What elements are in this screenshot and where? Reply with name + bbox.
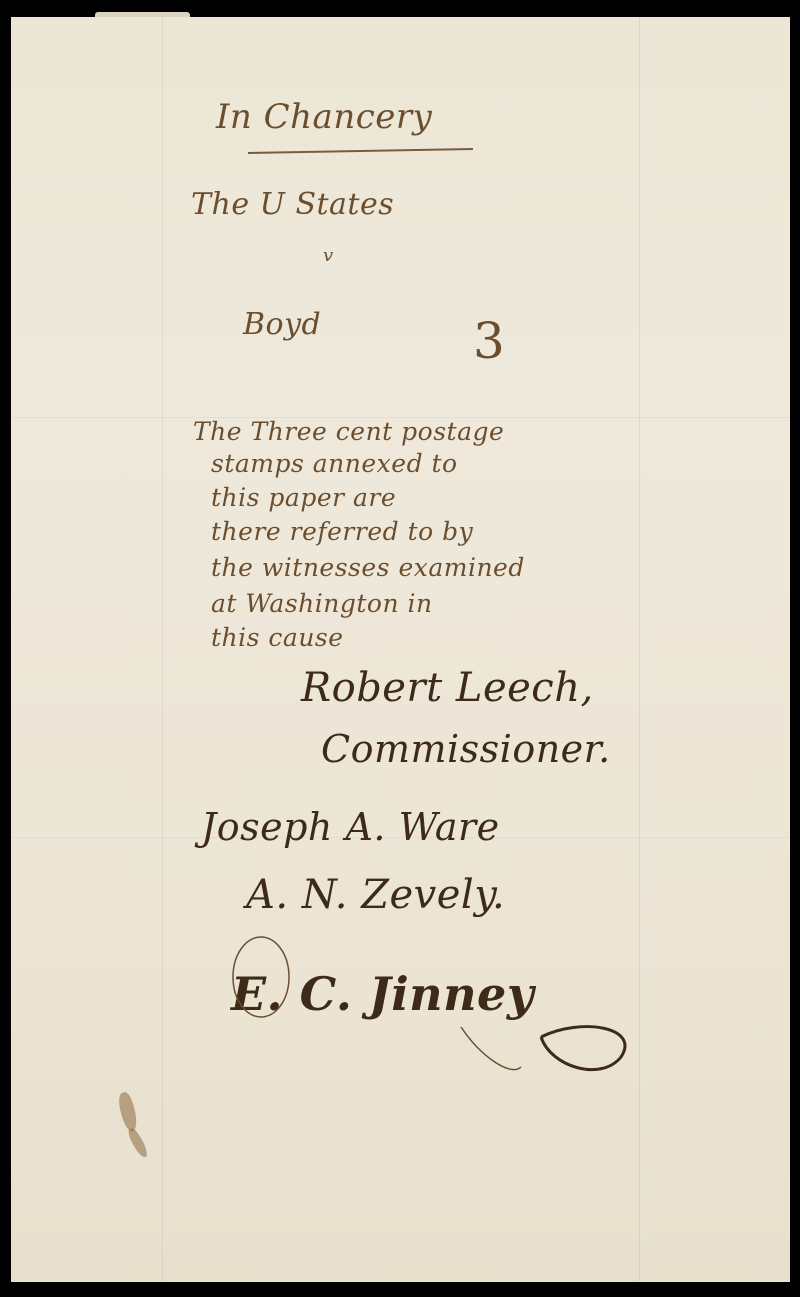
- signature-name: Joseph A. Ware: [201, 805, 500, 849]
- body-line: this paper are: [211, 483, 396, 512]
- body-line: at Washington in: [211, 589, 433, 618]
- fold-line: [162, 17, 164, 1282]
- document-paper: In Chancery The U States v Boyd 3 The Th…: [11, 17, 790, 1282]
- heading: In Chancery: [216, 97, 432, 137]
- body-line: the witnesses examined: [211, 553, 525, 582]
- signature-title: Commissioner.: [321, 727, 611, 771]
- ink-stain: [126, 1127, 151, 1160]
- body-line: The Three cent postage: [193, 417, 504, 446]
- body-line: there referred to by: [211, 517, 473, 546]
- signature-name: A. N. Zevely.: [246, 872, 505, 918]
- fold-line: [639, 17, 641, 1282]
- body-line: stamps annexed to: [211, 449, 458, 478]
- signature-name: Robert Leech,: [301, 665, 594, 711]
- ink-stain: [116, 1091, 140, 1133]
- heading-underline: [248, 148, 473, 154]
- plaintiff: The U States: [191, 187, 394, 222]
- signature-flourish: [221, 917, 641, 1087]
- defendant: Boyd: [243, 307, 321, 342]
- versus: v: [323, 245, 334, 266]
- body-line: this cause: [211, 623, 344, 652]
- case-number: 3: [473, 312, 505, 370]
